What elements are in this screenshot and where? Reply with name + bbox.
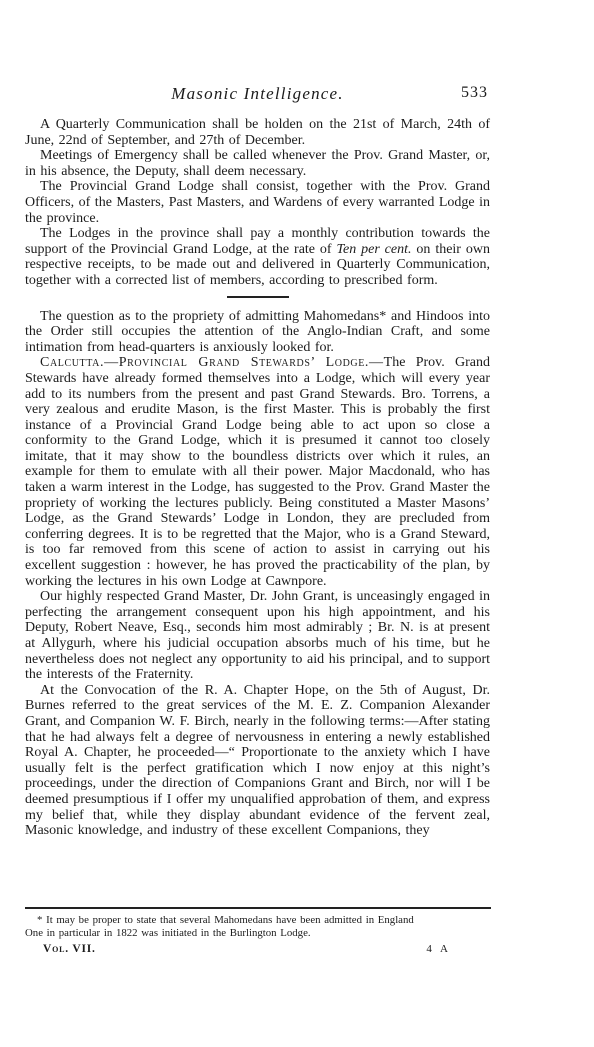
- text-column: Masonic Intelligence. 533 A Quarterly Co…: [25, 84, 490, 839]
- smallcaps-calcutta-heading: Calcutta.—Provincial Grand Stewards’ Lod…: [40, 355, 384, 370]
- paragraph-calcutta-grand-stewards: Calcutta.—Provincial Grand Stewards’ Lod…: [25, 355, 490, 589]
- paragraph-meetings-of-emergency: Meetings of Emergency shall be called wh…: [25, 148, 490, 179]
- book-page: Masonic Intelligence. 533 A Quarterly Co…: [0, 0, 594, 1047]
- paragraph-quarterly-communication: A Quarterly Communication shall be holde…: [25, 117, 490, 148]
- volume-label: Vol. VII.: [43, 943, 96, 956]
- footnote-line: * It may be proper to state that several…: [25, 914, 491, 927]
- paragraph-mahomedans-question: The question as to the propriety of admi…: [25, 309, 490, 356]
- footnote-line: One in particular in 1822 was initiated …: [25, 927, 491, 940]
- page-title: Masonic Intelligence.: [171, 84, 343, 103]
- signature-mark: 4 A: [426, 943, 451, 956]
- paragraph-provincial-grand-lodge: The Provincial Grand Lodge shall consist…: [25, 179, 490, 226]
- paragraph-grand-master-john-grant: Our highly respected Grand Master, Dr. J…: [25, 589, 490, 683]
- running-head: Masonic Intelligence. 533: [25, 84, 490, 105]
- paragraph-text: The Prov. Grand Stewards have already fo…: [25, 355, 490, 588]
- footnote-section: * It may be proper to state that several…: [25, 907, 491, 957]
- italic-ten-per-cent: Ten per cent.: [336, 242, 411, 257]
- section-divider-rule: [227, 296, 289, 298]
- paragraph-ra-chapter-hope: At the Convocation of the R. A. Chapter …: [25, 683, 490, 839]
- paragraph-monthly-contribution: The Lodges in the province shall pay a m…: [25, 226, 490, 288]
- footer-row: Vol. VII. 4 A: [25, 943, 491, 957]
- page-number: 533: [461, 84, 488, 102]
